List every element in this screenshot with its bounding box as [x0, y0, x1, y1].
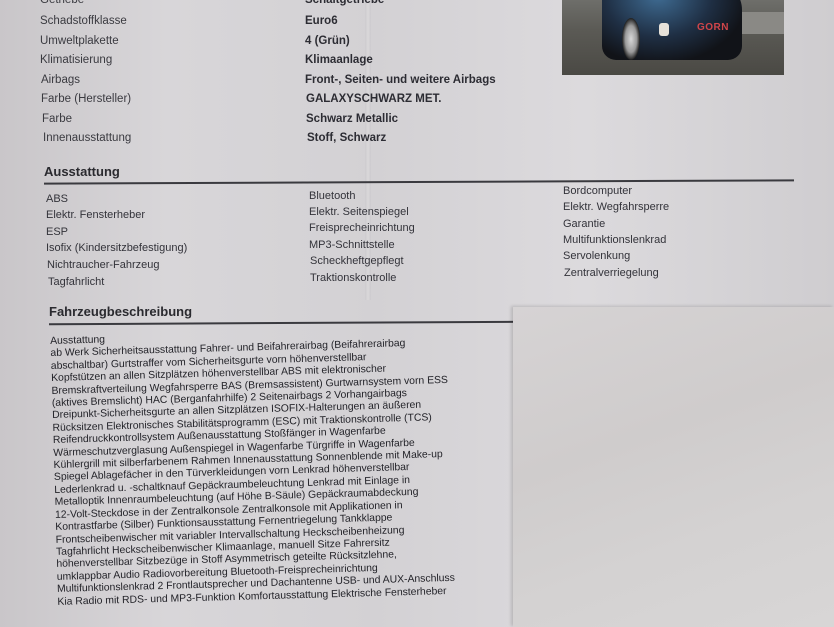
vehicle-description: Ausstattung ab Werk Sicherheitsausstattu…: [50, 323, 527, 609]
spec-row-farbe-hersteller: Farbe (Hersteller) GALAXYSCHWARZ MET.: [0, 93, 560, 113]
feature-item: Elektr. Fensterheber: [46, 209, 145, 221]
spec-value: Stoff, Schwarz: [307, 132, 386, 144]
spec-label: Farbe (Hersteller): [41, 93, 131, 105]
spec-value: Front-, Seiten- und weitere Airbags: [305, 74, 496, 86]
spec-value: Schwarz Metallic: [306, 113, 398, 125]
feature-item: Freisprecheinrichtung: [309, 222, 415, 234]
spec-value: Euro6: [305, 15, 338, 27]
spec-row-innenausstattung: Innenausstattung Stoff, Schwarz: [0, 132, 560, 152]
feature-item: Elektr. Wegfahrsperre: [563, 201, 669, 213]
feature-item: Zentralverriegelung: [564, 267, 659, 279]
spec-row-airbags: Airbags Front-, Seiten- und weitere Airb…: [0, 74, 560, 94]
spec-label: Airbags: [41, 74, 80, 86]
feature-item: Servolenkung: [563, 250, 630, 262]
blank-paper-overlay: [513, 307, 834, 627]
spec-value: Schaltgetriebe: [305, 0, 384, 6]
spec-row-klimatisierung: Klimatisierung Klimaanlage: [0, 54, 560, 74]
feature-item: Isofix (Kindersitzbefestigung): [46, 242, 187, 254]
car-rear-light: [659, 23, 669, 36]
feature-item: Traktionskontrolle: [310, 272, 396, 284]
spec-row-umweltplakette: Umweltplakette 4 (Grün): [0, 35, 560, 55]
photo-background: [739, 12, 784, 34]
spec-row-schadstoffklasse: Schadstoffklasse Euro6: [0, 15, 560, 35]
spec-label: Umweltplakette: [40, 35, 119, 47]
car-plate-text: GORN: [697, 22, 729, 33]
feature-item: Nichtraucher-Fahrzeug: [47, 259, 160, 271]
feature-item: Bluetooth: [309, 190, 355, 202]
feature-item: Garantie: [563, 218, 605, 230]
feature-item: Elektr. Seitenspiegel: [309, 206, 409, 218]
spec-label: Schadstoffklasse: [40, 15, 127, 27]
spec-value: GALAXYSCHWARZ MET.: [306, 93, 441, 105]
feature-item: MP3-Schnittstelle: [309, 239, 395, 251]
section-divider: [44, 179, 794, 184]
spec-row-farbe: Farbe Schwarz Metallic: [0, 113, 560, 133]
spec-value: Klimaanlage: [305, 54, 373, 66]
feature-item: Scheckheftgepflegt: [310, 255, 404, 267]
car-wheel-icon: [622, 18, 640, 60]
spec-value: 4 (Grün): [305, 35, 350, 47]
section-title-fahrzeugbeschreibung: Fahrzeugbeschreibung: [49, 304, 192, 319]
feature-item: ESP: [46, 226, 68, 238]
spec-row-getriebe: Getriebe Schaltgetriebe: [0, 0, 560, 14]
spec-label: Klimatisierung: [40, 54, 112, 66]
spec-label: Getriebe: [40, 0, 84, 6]
feature-item: Tagfahrlicht: [48, 276, 104, 288]
section-title-ausstattung: Ausstattung: [44, 164, 120, 179]
car-photo: GORN: [562, 0, 784, 75]
feature-item: Bordcomputer: [563, 185, 632, 197]
feature-item: ABS: [46, 193, 68, 205]
spec-label: Farbe: [42, 113, 72, 125]
feature-item: Multifunktionslenkrad: [563, 234, 666, 246]
spec-label: Innenausstattung: [43, 132, 131, 144]
